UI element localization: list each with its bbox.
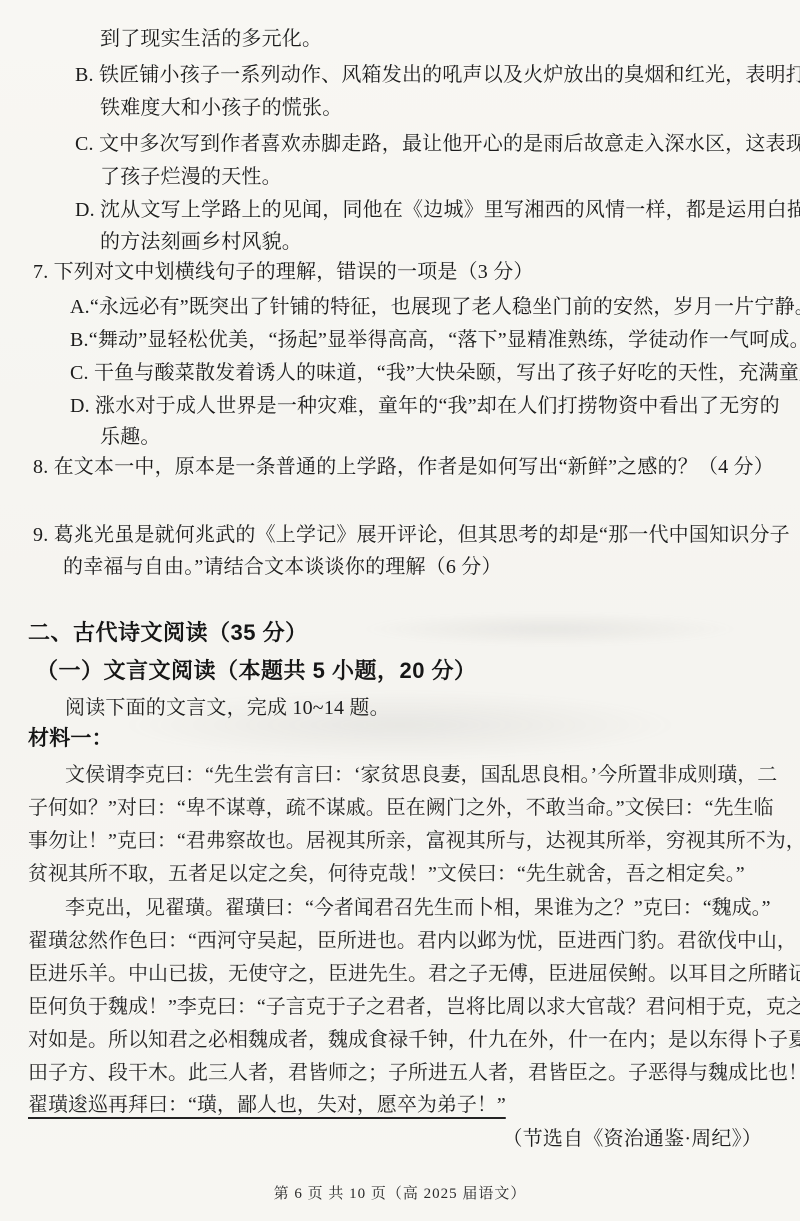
classical-p1-line2: 子何如？”对曰：“卑不谋尊，疏不谋戚。臣在阙门之外，不敢当命。”文侯曰：“先生临 [28,797,774,820]
question7-option-a: A.“永远必有”既突出了针铺的特征，也展现了老人稳坐门前的安然，岁月一片宁静。 [70,296,800,319]
classical-p2-line2: 翟璜忿然作色曰：“西河守吴起，臣所进也。君内以邺为忧，臣进西门豹。君欲伐中山， [28,930,797,953]
question6-option-d-line2: 的方法刻画乡村风貌。 [100,231,302,254]
question9-line2: 的幸福与自由。”请结合文本谈谈你的理解（6 分） [63,556,502,579]
scan-artifact [360,612,740,646]
material-one-label: 材料一： [28,727,113,751]
question6-option-b-line1: B. 铁匠铺小孩子一系列动作、风箱发出的吼声以及火炉放出的臭烟和红光，表明打 [75,64,800,87]
classical-p2-line4: 臣何负于魏成！”李克曰：“子言克于子之君者，岂将比周以求大官哉？君问相于克，克之 [28,996,800,1019]
question7-option-d-line2: 乐趣。 [100,426,161,449]
question9-line1: 9. 葛兆光虽是就何兆武的《上学记》展开评论，但其思考的却是“那一代中国知识分子 [33,524,790,547]
classical-p1-line4: 贫视其所不取，五者足以定之矣，何待克哉！”文侯曰：“先生就舍，吾之相定矣。” [28,863,745,886]
classical-p2-line7-underlined: 翟璜逡巡再拜曰：“璜，鄙人也，失对，愿卒为弟子！” [28,1094,506,1117]
section2-heading: 二、古代诗文阅读（35 分） [28,620,308,645]
question6-option-b-line2: 铁难度大和小孩子的慌张。 [100,97,342,120]
question7-option-d-line1: D. 涨水对于成人世界是一种灾难，童年的“我”却在人们打捞物资中看出了无穷的 [70,395,780,418]
source-attribution: （节选自《资治通鉴·周纪》） [503,1128,762,1151]
question8-stem: 8. 在文本一中，原本是一条普通的上学路，作者是如何写出“新鲜”之感的？（4 分… [33,456,774,479]
section2-subheading: （一）文言文阅读（本题共 5 小题，20 分） [36,658,477,683]
classical-p2-line5: 对如是。所以知君之必相魏成者，魏成食禄千钟，什九在外，什一在内；是以东得卜子夏、 [28,1029,800,1052]
question6-option-c-line1: C. 文中多次写到作者喜欢赤脚走路，最让他开心的是雨后故意走入深水区，这表现 [75,133,800,156]
question6-option-a-continuation: 到了现实生活的多元化。 [100,28,322,51]
question7-stem: 7. 下列对文中划横线句子的理解，错误的一项是（3 分） [33,261,534,284]
classical-p2-line6: 田子方、段干木。此三人者，君皆师之；子所进五人者，君皆臣之。子恶得与魏成比也！” [28,1062,800,1085]
question6-option-d-line1: D. 沈从文写上学路上的见闻，同他在《边城》里写湘西的风情一样，都是运用白描 [75,199,800,222]
classical-p1-line3: 事勿让！”克曰：“君弗察故也。居视其所亲，富视其所与，达视其所举，穷视其所不为， [28,830,800,853]
question6-option-c-line2: 了孩子烂漫的天性。 [100,166,282,189]
question7-option-c: C. 干鱼与酸菜散发着诱人的味道，“我”大快朵颐，写出了孩子好吃的天性，充满童趣… [70,362,800,385]
section2-instruction: 阅读下面的文言文，完成 10~14 题。 [65,697,390,720]
question7-option-b: B.“舞动”显轻松优美，“扬起”显举得高高，“落下”显精准熟练，学徒动作一气呵成… [70,329,800,352]
page-footer: 第 6 页 共 10 页（高 2025 届语文） [0,1186,800,1203]
classical-p2-line3: 臣进乐羊。中山已拔，无使守之，臣进先生。君之子无傅，臣进屈侯鲋。以耳目之所睹记， [28,963,800,986]
classical-p1-line1: 文侯谓李克曰：“先生尝有言曰：‘家贫思良妻，国乱思良相。’今所置非成则璜，二 [65,764,777,787]
exam-paper-page: 到了现实生活的多元化。 B. 铁匠铺小孩子一系列动作、风箱发出的吼声以及火炉放出… [0,0,800,1221]
classical-p2-line1: 李克出，见翟璜。翟璜曰：“今者闻君召先生而卜相，果谁为之？”克曰：“魏成。” [65,897,771,920]
